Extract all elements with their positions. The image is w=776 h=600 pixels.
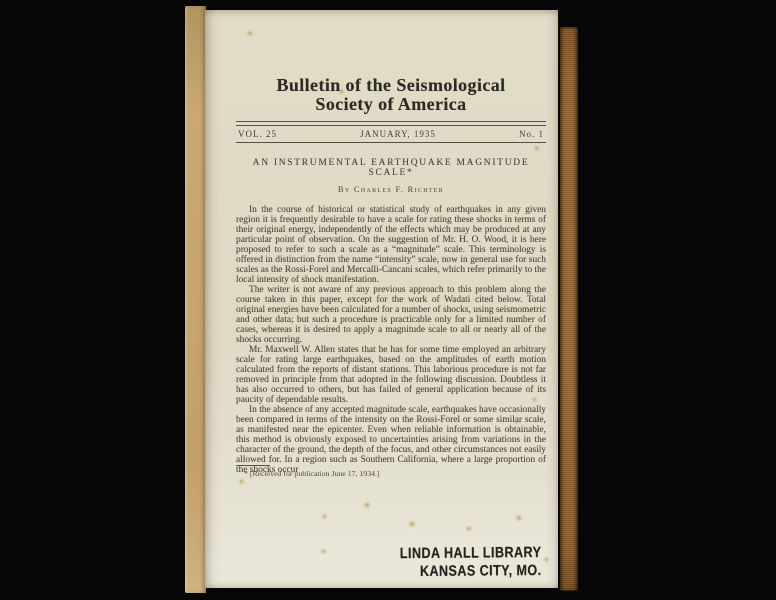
library-stamp: LINDA HALL LIBRARY KANSAS CITY, MO.	[399, 544, 541, 581]
page-content: Bulletin of the Seismological Society of…	[205, 10, 558, 588]
journal-page: Bulletin of the Seismological Society of…	[205, 10, 558, 588]
photo-backdrop: Bulletin of the Seismological Society of…	[0, 0, 776, 600]
foxing-spot	[240, 480, 243, 483]
volume-label: VOL. 25	[238, 129, 277, 139]
foxing-spot	[515, 420, 518, 423]
foxing-spot	[323, 515, 326, 518]
book-cover-edge	[560, 27, 578, 591]
foxing-spot	[410, 522, 414, 526]
article-byline: By Charles F. Richter	[236, 184, 546, 194]
paragraph-1: In the course of historical or statistic…	[236, 205, 546, 285]
foxing-spot	[467, 527, 471, 530]
masthead-single-rule	[236, 142, 546, 143]
foxing-spot	[322, 550, 325, 553]
journal-masthead: Bulletin of the Seismological Society of…	[236, 10, 546, 143]
journal-title: Bulletin of the Seismological Society of…	[236, 76, 546, 114]
foxing-spot	[365, 503, 369, 507]
article-body: In the course of historical or statistic…	[236, 205, 546, 475]
paragraph-3: Mr. Maxwell W. Allen states that he has …	[236, 345, 546, 405]
library-stamp-line1: LINDA HALL LIBRARY	[399, 544, 541, 563]
article-footnote: * [Received for publication June 17, 193…	[236, 465, 546, 478]
foxing-spot	[533, 398, 536, 401]
foxing-spot	[517, 516, 521, 520]
issue-date-label: JANUARY, 1935	[360, 129, 436, 139]
footnote-rule	[236, 465, 270, 466]
journal-title-line1: Bulletin of the Seismological	[236, 76, 546, 95]
issue-number-label: No. 1	[519, 129, 544, 139]
footnote-text: * [Received for publication June 17, 193…	[236, 469, 546, 478]
library-stamp-line2: KANSAS CITY, MO.	[400, 562, 542, 581]
book-page-edges	[185, 6, 206, 593]
journal-title-line2: Society of America	[236, 95, 546, 114]
article-title: AN INSTRUMENTAL EARTHQUAKE MAGNITUDE SCA…	[236, 158, 546, 178]
foxing-spot	[545, 558, 548, 561]
volume-row: VOL. 25 JANUARY, 1935 No. 1	[236, 126, 546, 142]
foxing-spot	[248, 32, 252, 35]
foxing-spot	[535, 147, 538, 150]
foxing-spot	[340, 90, 343, 93]
paragraph-2: The writer is not aware of any previous …	[236, 285, 546, 345]
